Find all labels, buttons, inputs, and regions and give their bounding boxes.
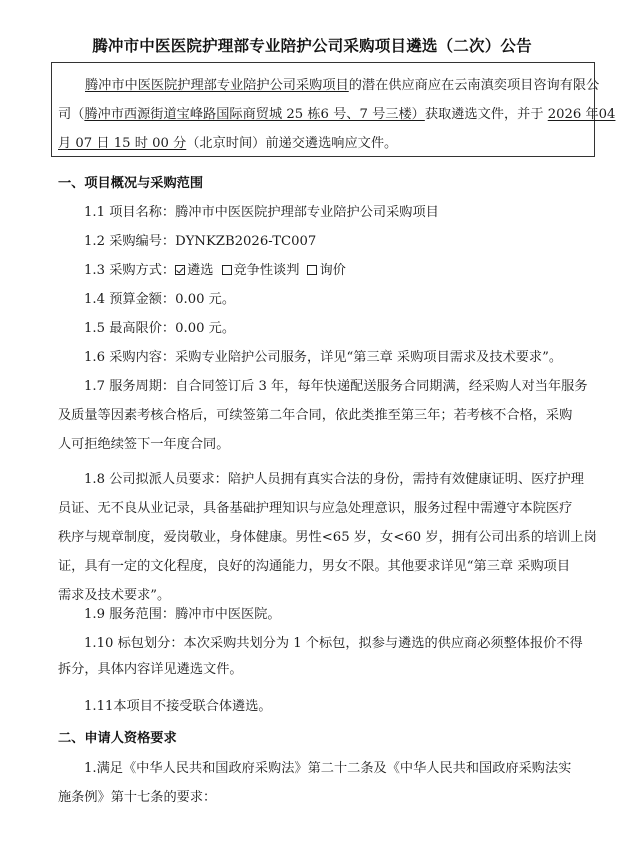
notice-box: 腾冲市中医医院护理部专业陪护公司采购项目的潜在供应商应在云南滇奕项目咨询有限公 … [51,62,595,157]
item-text: 自合同签订后 3 年，每年快递配送服务合同期满，经采购人对当年服务 [175,379,587,394]
procurement-code: DYNKZB2026-TC007 [175,234,316,249]
item-text: 证，具有一定的文化程度，良好的沟通能力，男女不限。其他要求详见“第三章 采购项目 [58,552,590,581]
section-heading-2: 二、申请人资格要求 [58,727,177,746]
item-number: 1.7 [84,379,105,394]
item-number: 1.6 [84,350,105,365]
service-scope: 腾冲市中医医院。 [175,607,281,622]
item-label: 采购编号： [109,234,175,249]
option-negotiation: 竞争性谈判 [222,263,300,278]
item-1-7: 1.7 服务周期：自合同签订后 3 年，每年快递配送服务合同期满，经采购人对当年… [58,372,590,459]
item-number: 1.10 [84,636,113,651]
unchecked-box-icon [222,265,232,275]
notice-line-1: 腾冲市中医医院护理部专业陪护公司采购项目的潜在供应商应在云南滇奕项目咨询有限公 [58,71,587,100]
item-text: 施条例》第十七条的要求： [58,783,590,812]
budget-amount: 0.00 元。 [175,292,235,307]
item-number: 1.5 [84,321,105,336]
item-text: 员证、无不良从业记录，具备基础护理知识与应急处理意识，服务过程中需遵守本院医疗 [58,494,590,523]
checked-box-icon [175,265,185,275]
option-inquiry: 询价 [307,263,345,278]
option-label: 遴选 [187,263,213,278]
item-value: 腾冲市中医医院护理部专业陪护公司采购项目 [175,205,439,220]
option-label: 竞争性谈判 [234,263,300,278]
max-price: 0.00 元。 [175,321,235,336]
project-name-link: 腾冲市中医医院护理部专业陪护公司采购项目 [85,78,349,93]
address-text: 腾冲市西源街道宝峰路国际商贸城 25 栋6 号、7 号三楼） [84,107,424,122]
item-text: 及质量等因素考核合格后，可续签第二年合同，依此类推至第三年；若考核不合格，采购 [58,401,590,430]
item-number: 1.1 [84,205,105,220]
item-number: 1.4 [84,292,105,307]
item-1-5: 1.5 最高限价：0.00 元。 [58,314,590,343]
option-selection: 遴选 [175,263,213,278]
item-label: 采购方式： [109,263,175,278]
item-label: 最高限价： [109,321,175,336]
notice-text: 的潜在供应商应在云南滇奕项目咨询有限公 [349,78,600,93]
item-text: 拆分，具体内容详见遴选文件。 [58,657,590,683]
section-heading-1: 一、项目概况与采购范围 [58,172,203,191]
item-label: 服务周期： [109,379,175,394]
item-label: 公司拟派人员要求： [109,472,228,487]
notice-line-2: 司（腾冲市西源街道宝峰路国际商贸城 25 栋6 号、7 号三楼）获取遴选文件，并… [58,100,587,129]
item-label: 服务范围： [109,607,175,622]
item-1-10: 1.10 标包划分：本次采购共划分为 1 个标包，拟参与遴选的供应商必须整体报价… [58,631,590,683]
option-label: 询价 [319,263,345,278]
qualification-item-1: 1.满足《中华人民共和国政府采购法》第二十二条及《中华人民共和国政府采购法实 施… [58,754,590,812]
item-label: 项目名称： [109,205,175,220]
deadline-time: 月 07 日 15 时 00 分 [58,136,186,151]
item-value: 采购专业陪护公司服务，详见“第三章 采购项目需求及技术要求”。 [175,350,562,365]
item-number: 1.2 [84,234,105,249]
item-text: 陪护人员拥有真实合法的身份，需持有效健康证明、医疗护理 [228,472,584,487]
item-text: 人可拒绝续签下一年度合同。 [58,430,590,459]
notice-text: 司（ [58,107,84,122]
item-text: 满足《中华人民共和国政府采购法》第二十二条及《中华人民共和国政府采购法实 [97,761,572,776]
item-1-9: 1.9 服务范围：腾冲市中医医院。 [58,600,590,629]
item-number: 1. [84,761,97,776]
item-1-1: 1.1 项目名称：腾冲市中医医院护理部专业陪护公司采购项目 [58,198,590,227]
item-number: 1.8 [84,472,105,487]
item-label: 采购内容： [109,350,175,365]
item-text: 秩序与规章制度，爱岗敬业，身体健康。男性<65 岁，女<60 岁，拥有公司出系的… [58,523,590,552]
item-1-8: 1.8 公司拟派人员要求：陪护人员拥有真实合法的身份，需持有效健康证明、医疗护理… [58,465,590,610]
unchecked-box-icon [307,265,317,275]
item-1-4: 1.4 预算金额：0.00 元。 [58,285,590,314]
notice-text: （北京时间）前递交遴选响应文件。 [186,136,397,151]
item-1-6: 1.6 采购内容：采购专业陪护公司服务，详见“第三章 采购项目需求及技术要求”。 [58,343,590,372]
item-number: 1.3 [84,263,105,278]
item-text: 本次采购共划分为 1 个标包，拟参与遴选的供应商必须整体报价不得 [184,636,583,651]
notice-text: 获取遴选文件，并于 [425,107,548,122]
deadline-date: 2026 年04 [548,107,616,122]
item-label: 预算金额： [109,292,175,307]
item-number: 1.9 [84,607,105,622]
page-title: 腾冲市中医医院护理部专业陪护公司采购项目遴选（二次）公告 [0,34,624,56]
item-label: 标包划分： [118,636,184,651]
item-1-2: 1.2 采购编号：DYNKZB2026-TC007 [58,227,590,256]
item-number: 1.11 [84,699,113,714]
notice-line-3: 月 07 日 15 时 00 分（北京时间）前递交遴选响应文件。 [58,129,587,158]
item-1-3: 1.3 采购方式：遴选竞争性谈判询价 [58,256,590,285]
item-1-11: 1.11本项目不接受联合体遴选。 [58,692,590,721]
item-value: 本项目不接受联合体遴选。 [113,699,271,714]
